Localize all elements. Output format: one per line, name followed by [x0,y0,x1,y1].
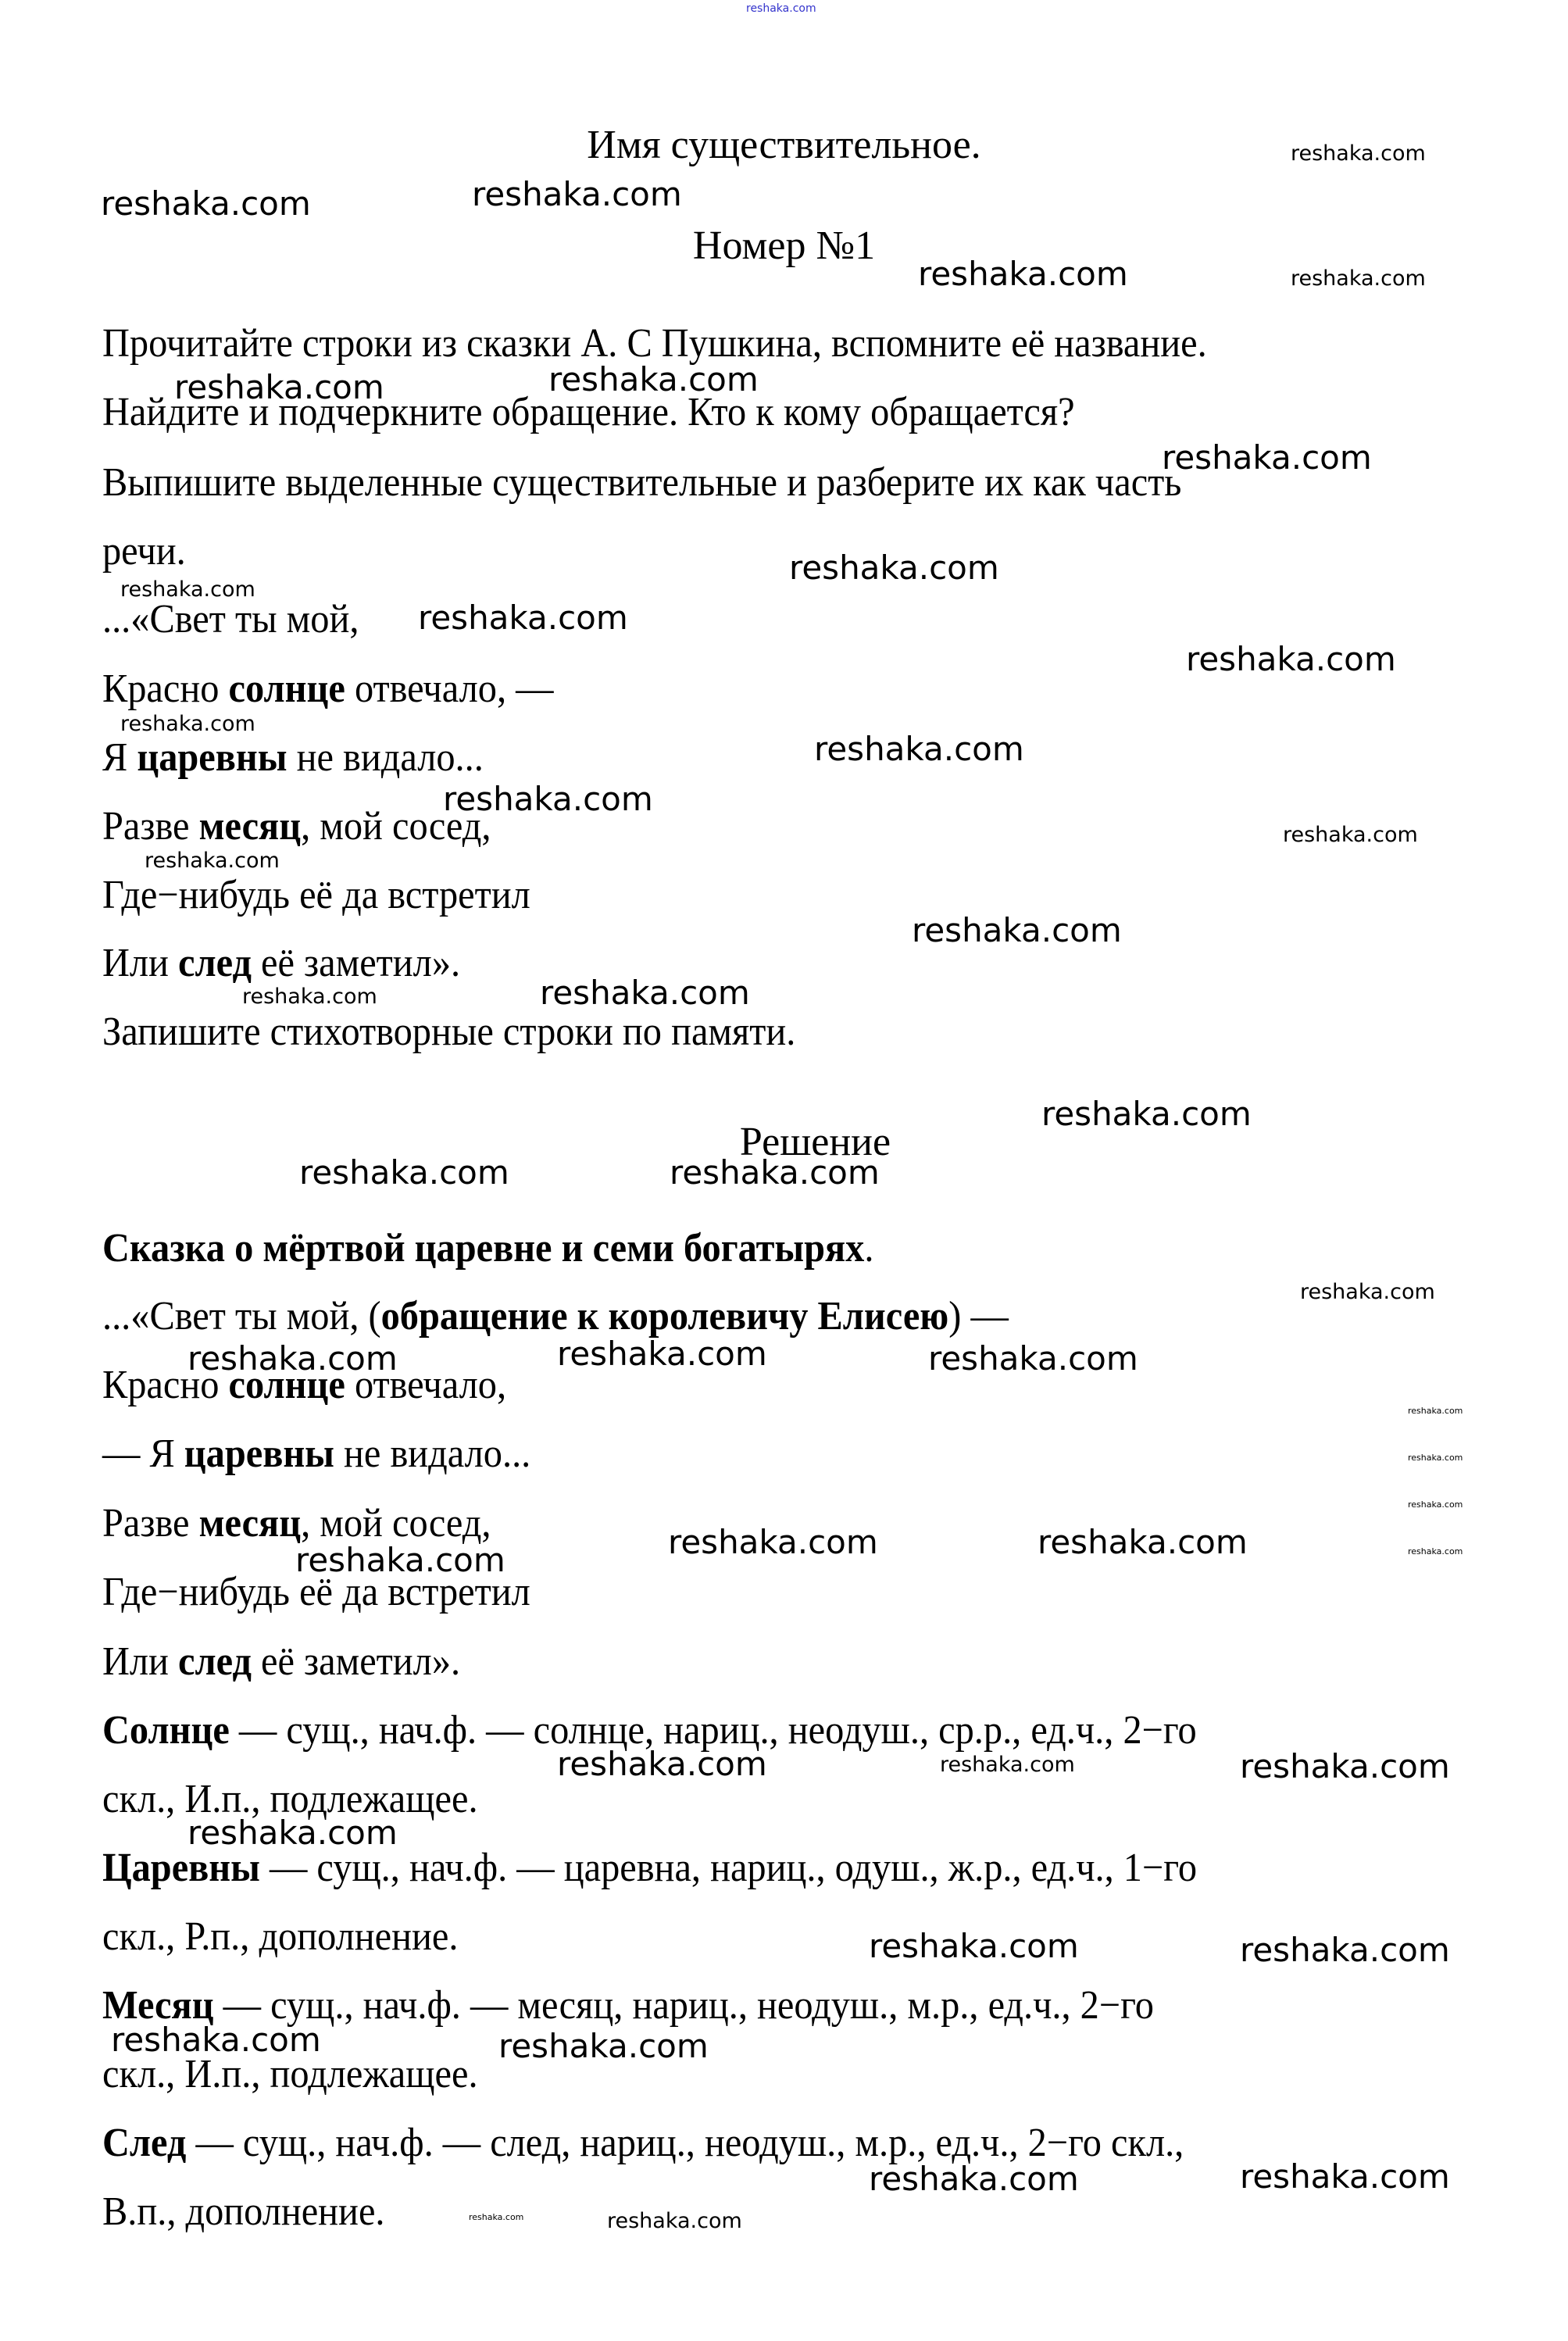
watermark: reshaka.com [418,602,628,634]
watermark: reshaka.com [295,1544,505,1577]
solution-poem-line: ...«Свет ты мой, (обращение к королевичу… [102,1293,1009,1340]
exercise-number: Номер №1 [0,223,1568,270]
watermark: reshaka.com [472,178,682,211]
watermark: reshaka.com [299,1156,509,1189]
watermark: reshaka.com [1240,1934,1450,1967]
watermark: reshaka.com [1240,2161,1450,2193]
watermark: reshaka.com [789,552,999,584]
analysis-line: скл., Р.п., дополнение. [102,1914,458,1960]
watermark: reshaka.com [548,363,759,396]
poem-line: ...«Свет ты мой, [102,596,359,643]
watermark: reshaka.com [174,371,384,404]
watermark: reshaka.com [1408,1500,1463,1509]
task-line: речи. [102,528,186,575]
task-line: Выпишите выделенные существительные и ра… [102,459,1181,506]
watermark: reshaka.com [443,783,653,816]
watermark: reshaka.com [1038,1526,1248,1559]
watermark: reshaka.com [120,713,255,734]
watermark: reshaka.com [188,1342,398,1375]
watermark: reshaka.com [242,986,377,1007]
watermark: reshaka.com [469,2213,523,2221]
highlighted-noun: месяц [199,804,301,849]
watermark: reshaka.com [670,1156,880,1189]
highlighted-noun: след [178,941,252,985]
watermark: reshaka.com [1408,1406,1463,1415]
watermark: reshaka.com [101,188,311,220]
watermark: reshaka.com [1240,1750,1450,1783]
watermark: reshaka.com [940,1754,1075,1775]
poem-line: Красно солнце отвечало, — [102,666,554,713]
analysis-line: В.п., дополнение. [102,2189,385,2236]
solution-poem-line: Разве месяц, мой сосед, [102,1500,491,1547]
poem-line: Разве месяц, мой сосед, [102,803,491,850]
watermark: reshaka.com [869,2163,1079,2196]
poem-line: Я царевны не видало... [102,734,484,781]
watermark: reshaka.com [1291,143,1426,164]
watermark: reshaka.com [540,977,750,1010]
watermark: reshaka.com [1283,824,1418,845]
tale-title: Сказка о мёртвой царевне и семи богатыря… [102,1225,873,1272]
highlighted-noun: солнце [229,667,345,711]
watermark: reshaka.com [1291,268,1426,289]
watermark: reshaka.com [814,733,1024,766]
watermark: reshaka.com [1408,1547,1463,1556]
analysis-line: Царевны — сущ., нач.ф. — царевна, нариц.… [102,1845,1197,1892]
watermark: reshaka.com [111,2024,321,2057]
watermark: reshaka.com [668,1526,878,1559]
watermark: reshaka.com [607,2211,742,2232]
watermark: reshaka.com [1300,1281,1435,1303]
watermark: reshaka.com [928,1342,1138,1375]
watermark: reshaka.com [1041,1098,1252,1131]
watermark: reshaka.com [145,850,280,871]
task-final: Запишите стихотворные строки по памяти. [102,1009,795,1056]
watermark: reshaka.com [188,1817,398,1850]
solution-poem-line: — Я царевны не видало... [102,1431,530,1478]
watermark: reshaka.com [1162,441,1372,474]
document-page: reshaka.com Имя существительное. Номер №… [0,0,1568,2341]
watermark: reshaka.com [1408,1453,1463,1462]
watermark: reshaka.com [120,579,255,600]
poem-line: Или след её заметил». [102,940,460,987]
address-note: обращение к королевичу Елисею [381,1294,949,1338]
poem-line: Где−нибудь её да встретил [102,872,530,919]
watermark: reshaka.com [918,258,1128,291]
watermark: reshaka.com [557,1748,767,1781]
top-watermark: reshaka.com [746,3,816,14]
watermark: reshaka.com [869,1930,1079,1963]
watermark: reshaka.com [912,914,1122,947]
highlighted-noun: царевны [137,735,287,780]
watermark: reshaka.com [557,1338,767,1371]
solution-poem-line: Или след её заметил». [102,1639,460,1685]
watermark: reshaka.com [498,2030,709,2063]
watermark: reshaka.com [1186,643,1396,676]
